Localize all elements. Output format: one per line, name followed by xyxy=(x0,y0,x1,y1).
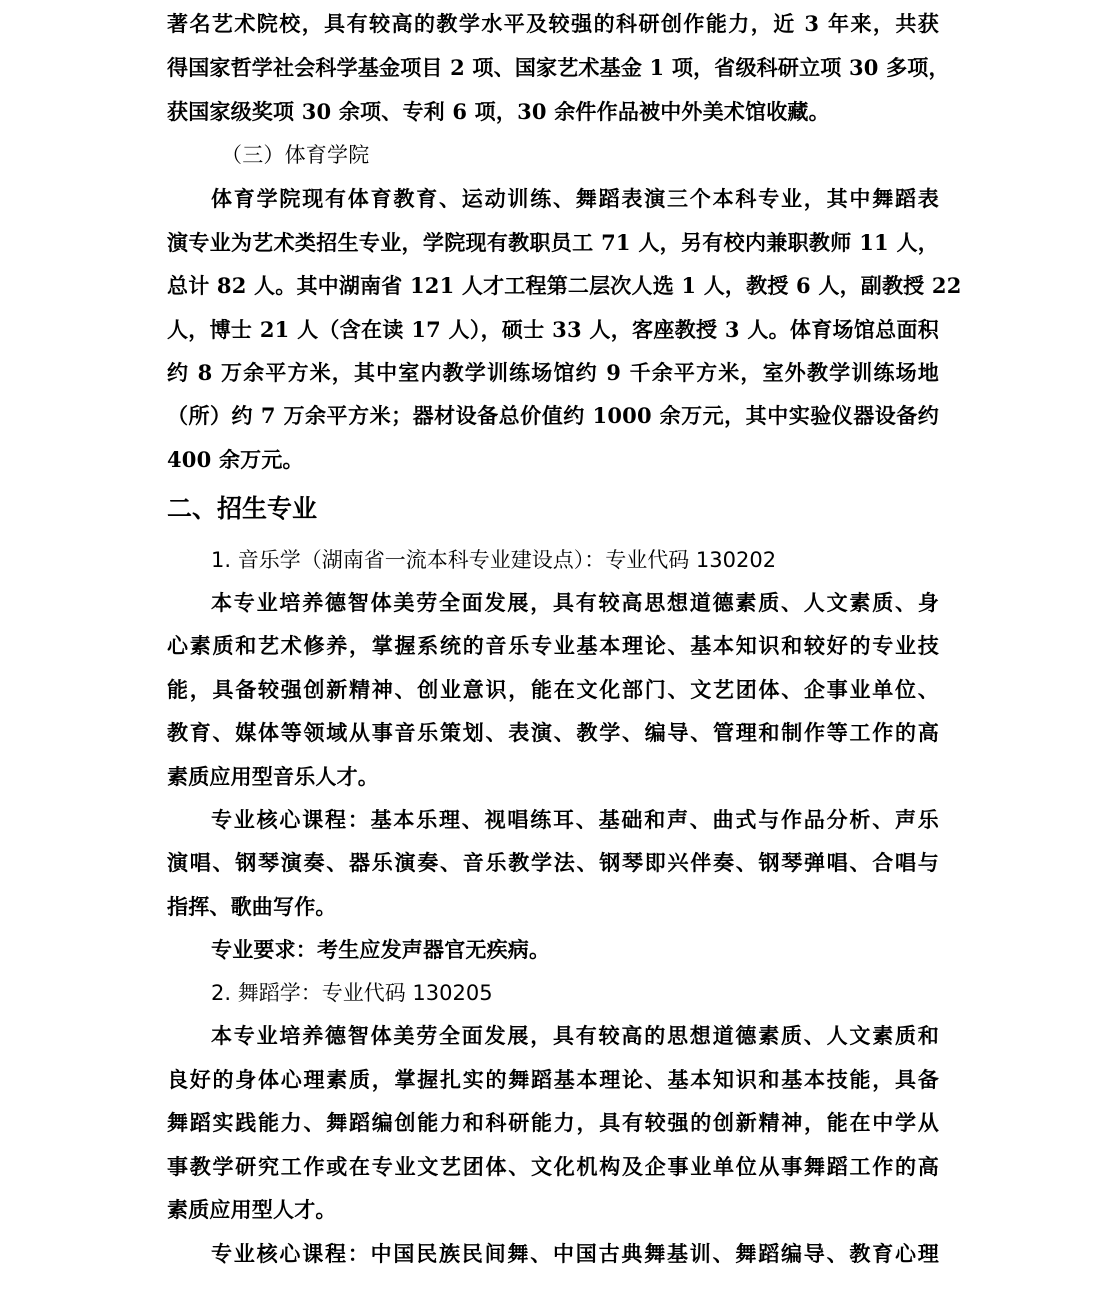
paragraph-line: 约 8 万余平方米，其中室内教学训练场馆约 9 千余平方米，室外教学训练场地 xyxy=(167,351,939,395)
paragraph-line: （所）约 7 万余平方米；器材设备总价值约 1000 余万元，其中实验仪器设备约 xyxy=(167,394,939,438)
courses-line: 专业核心课程：中国民族民间舞、中国古典舞基训、舞蹈编导、教育心理 xyxy=(167,1232,939,1276)
courses-line: 演唱、钢琴演奏、器乐演奏、音乐教学法、钢琴即兴伴奏、钢琴弹唱、合唱与 xyxy=(167,841,939,885)
paragraph-line: 能，具备较强创新精神、创业意识，能在文化部门、文艺团体、企事业单位、 xyxy=(167,668,939,712)
paragraph-line: 教育、媒体等领域从事音乐策划、表演、教学、编导、管理和制作等工作的高 xyxy=(167,711,939,755)
section-heading: 二、招生专业 xyxy=(167,487,317,531)
paragraph-line: 总计 82 人。其中湖南省 121 人才工程第二层次人选 1 人，教授 6 人，… xyxy=(167,264,939,308)
paragraph-line: 事教学研究工作或在专业文艺团体、文化机构及企事业单位从事舞蹈工作的高 xyxy=(167,1145,939,1189)
paragraph-line: 本专业培养德智体美劳全面发展，具有较高思想道德素质、人文素质、身 xyxy=(167,581,939,625)
courses-line: 指挥、歌曲写作。 xyxy=(167,885,939,929)
paragraph-line: 400 余万元。 xyxy=(167,438,939,482)
subsection-title: （三）体育学院 xyxy=(167,133,939,177)
paragraph-line: 演专业为艺术类招生专业，学院现有教职员工 71 人，另有校内兼职教师 11 人， xyxy=(167,221,939,265)
paragraph-line: 素质应用型人才。 xyxy=(167,1188,939,1232)
paragraph-line: 素质应用型音乐人才。 xyxy=(167,755,939,799)
paragraph-line: 良好的身体心理素质，掌握扎实的舞蹈基本理论、基本知识和基本技能，具备 xyxy=(167,1058,939,1102)
paragraph-line: 心素质和艺术修养，掌握系统的音乐专业基本理论、基本知识和较好的专业技 xyxy=(167,624,939,668)
paragraph-line: 获国家级奖项 30 余项、专利 6 项，30 余件作品被中外美术馆收藏。 xyxy=(167,90,939,134)
courses-line: 专业核心课程：基本乐理、视唱练耳、基础和声、曲式与作品分析、声乐 xyxy=(167,798,939,842)
paragraph-line: 本专业培养德智体美劳全面发展，具有较高的思想道德素质、人文素质和 xyxy=(167,1014,939,1058)
paragraph-line: 舞蹈实践能力、舞蹈编创能力和科研能力，具有较强的创新精神，能在中学从 xyxy=(167,1101,939,1145)
paragraph-line: 得国家哲学社会科学基金项目 2 项、国家艺术基金 1 项，省级科研立项 30 多… xyxy=(167,46,939,90)
paragraph-line: 著名艺术院校，具有较高的教学水平及较强的科研创作能力，近 3 年来，共获 xyxy=(167,2,939,46)
paragraph-line: 体育学院现有体育教育、运动训练、舞蹈表演三个本科专业，其中舞蹈表 xyxy=(167,177,939,221)
paragraph-line: 人，博士 21 人（含在读 17 人），硕士 33 人，客座教授 3 人。体育场… xyxy=(167,308,939,352)
major-heading: 1. 音乐学（湖南省一流本科专业建设点）：专业代码 130202 xyxy=(211,538,776,582)
major-heading: 2. 舞蹈学：专业代码 130205 xyxy=(211,971,493,1015)
requirement-line: 专业要求：考生应发声器官无疾病。 xyxy=(167,928,939,972)
